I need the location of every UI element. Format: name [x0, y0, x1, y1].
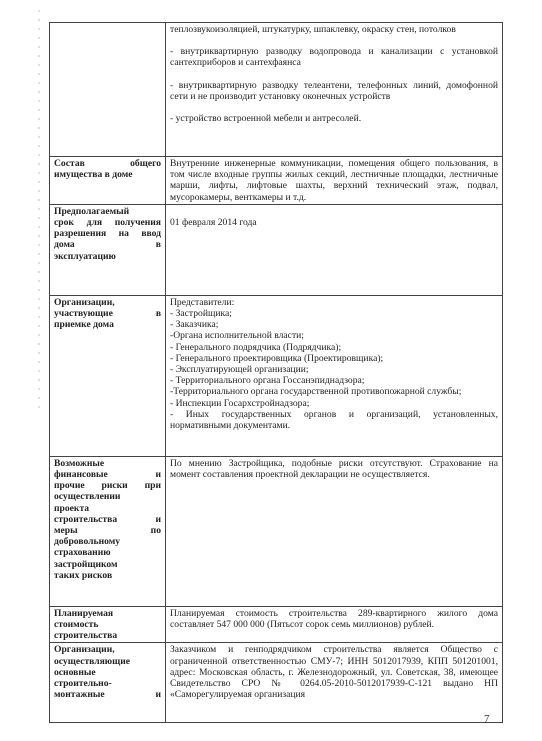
label-line: Планируемая: [54, 608, 161, 619]
value-paragraph: -Территориального органа государственной…: [170, 386, 498, 397]
value-paragraph: - Генерального подрядчика (Подрядчика);: [170, 342, 498, 353]
label-line: имущества в доме: [54, 169, 161, 180]
table-row: Состав общего имущества в доме Внутренни…: [50, 157, 503, 205]
label-line: осуществляющие: [54, 656, 161, 667]
label-line: эксплуатацию: [54, 251, 161, 262]
label-line: разрешения на ввод: [54, 228, 161, 239]
value-paragraph: Внутренние инженерные коммуникации, поме…: [170, 158, 498, 203]
label-line: Организации,: [54, 644, 161, 655]
label-line: приемке дома: [54, 319, 161, 330]
label-line: строительно-: [54, 678, 161, 689]
label-line: дома в: [54, 239, 161, 250]
value-paragraph: Планируемая стоимость строительства 289-…: [170, 608, 498, 630]
label-line: проекта: [54, 503, 161, 514]
value-paragraph: - Эксплуатирующей организации;: [170, 364, 498, 375]
row-value: Заказчиком и генподрядчиком строительств…: [166, 643, 503, 723]
label-line: Возможные: [54, 458, 161, 469]
value-paragraph: - устройство встроенной мебели и антресо…: [170, 113, 498, 124]
declaration-table: теплозвукоизоляцией, штукатурку, шпаклев…: [49, 22, 503, 723]
row-value: Внутренние инженерные коммуникации, поме…: [166, 157, 503, 205]
label-line: таких рисков: [54, 570, 161, 581]
label-line: страхованию: [54, 547, 161, 558]
value-paragraph: - Генерального проектировщика (Проектиро…: [170, 353, 498, 364]
value-paragraph: - Заказчика;: [170, 319, 498, 330]
row-label: Организации, осуществляющие основные стр…: [50, 643, 166, 723]
label-line: участвующие в: [54, 308, 161, 319]
value-paragraph: - Иных государственных органов и организ…: [170, 409, 498, 431]
row-label: Состав общего имущества в доме: [50, 157, 166, 205]
table-row: Организации, осуществляющие основные стр…: [50, 643, 503, 723]
value-paragraph: По мнению Застройщика, подобные риски от…: [170, 458, 498, 480]
value-paragraph: - Застройщика;: [170, 308, 498, 319]
label-line: строительства и: [54, 514, 161, 525]
row-label: Организации, участвующие в приемке дома: [50, 295, 166, 456]
value-paragraph: - внутриквартирную разводку водопровода …: [170, 46, 498, 68]
page-number: 7: [484, 713, 490, 725]
table-row: Предполагаемый срок для получения разреш…: [50, 204, 503, 295]
table-row: Возможные финансовые и прочие риски при …: [50, 456, 503, 606]
label-line: финансовые и: [54, 469, 161, 480]
table-row: Организации, участвующие в приемке дома …: [50, 295, 503, 456]
row-label: Предполагаемый срок для получения разреш…: [50, 204, 166, 295]
label-line: меры по: [54, 525, 161, 536]
row-value: 01 февраля 2014 года: [166, 204, 503, 295]
value-paragraph: - внутриквартирную разводку телеантени, …: [170, 80, 498, 102]
value-paragraph: -Органа исполнительной власти;: [170, 330, 498, 341]
row-label: Возможные финансовые и прочие риски при …: [50, 456, 166, 606]
label-line: строительства: [54, 630, 161, 641]
value-paragraph: 01 февраля 2014 года: [170, 217, 498, 228]
row-value: теплозвукоизоляцией, штукатурку, шпаклев…: [166, 23, 503, 157]
label-line: стоимость: [54, 619, 161, 630]
row-label: [50, 23, 166, 157]
table-row: теплозвукоизоляцией, штукатурку, шпаклев…: [50, 23, 503, 157]
label-line: прочие риски при: [54, 480, 161, 491]
value-paragraph: Заказчиком и генподрядчиком строительств…: [170, 644, 498, 700]
label-line: Организации,: [54, 297, 161, 308]
label-line: монтажные и: [54, 689, 161, 700]
value-paragraph: Представители:: [170, 297, 498, 308]
scan-margin-marks: [38, 10, 40, 410]
value-paragraph: - Инспекции Госархстройнадзора;: [170, 398, 498, 409]
row-value: Планируемая стоимость строительства 289-…: [166, 606, 503, 643]
row-value: Представители: - Застройщика; - Заказчик…: [166, 295, 503, 456]
row-label: Планируемая стоимость строительства: [50, 606, 166, 643]
table-row: Планируемая стоимость строительства План…: [50, 606, 503, 643]
label-line: застройщиком: [54, 559, 161, 570]
label-line: добровольному: [54, 536, 161, 547]
label-line: осуществлении: [54, 491, 161, 502]
label-line: срок для получения: [54, 217, 161, 228]
row-value: По мнению Застройщика, подобные риски от…: [166, 456, 503, 606]
value-paragraph: - Территориального органа Госсанэпиднадз…: [170, 375, 498, 386]
label-line: Предполагаемый: [54, 206, 161, 217]
label-line: основные: [54, 667, 161, 678]
value-paragraph: теплозвукоизоляцией, штукатурку, шпаклев…: [170, 24, 498, 35]
label-line: Состав общего: [54, 158, 161, 169]
